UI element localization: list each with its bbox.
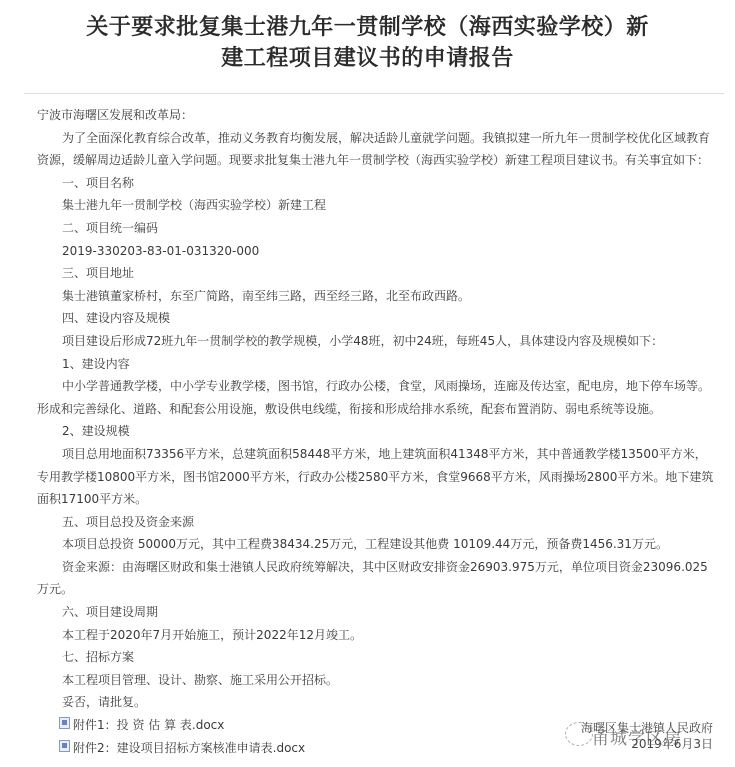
document-body: 宁波市海曙区发展和改革局： 为了全面深化教育综合改革，推动义务教育均衡发展，解决… — [37, 104, 717, 759]
construction-content: 中小学普通教学楼，中小学专业教学楼，图书馆，行政办公楼，食堂，风雨操场，连廊及传… — [37, 375, 717, 420]
project-address: 集士港镇董家桥村，东至广简路，南至纬三路，西至经三路，北至布政西路。 — [37, 285, 717, 308]
word-doc-icon — [59, 740, 70, 752]
attachment-1-label[interactable]: 附件1：投 资 估 算 表.docx — [73, 714, 224, 737]
section-7-heading: 七、招标方案 — [37, 646, 717, 669]
section-4-2-heading: 2、建设规模 — [37, 420, 717, 443]
section-4-heading: 四、建设内容及规模 — [37, 307, 717, 330]
addressee: 宁波市海曙区发展和改革局： — [37, 104, 717, 127]
section-1-heading: 一、项目名称 — [37, 172, 717, 195]
total-investment: 本项目总投资 50000万元，其中工程费38434.25万元，工程建设其他费 1… — [37, 533, 717, 556]
closing-remark: 妥否，请批复。 — [37, 691, 717, 714]
section-5-heading: 五、项目总投及资金来源 — [37, 511, 717, 534]
project-code: 2019-330203-83-01-031320-000 — [37, 240, 717, 263]
section-4-1-heading: 1、建设内容 — [37, 353, 717, 376]
title-divider — [24, 93, 724, 94]
construction-scale: 项目总用地面积73356平方米，总建筑面积58448平方米，地上建筑面积4134… — [37, 443, 717, 511]
section-2-heading: 二、项目统一编码 — [37, 217, 717, 240]
title-line-2: 建工程项目建议书的申请报告 — [0, 43, 735, 74]
title-line-1: 关于要求批复集士港九年一贯制学校（海西实验学校）新 — [0, 12, 735, 43]
section-3-heading: 三、项目地址 — [37, 262, 717, 285]
attachment-2-label[interactable]: 附件2：建设项目招标方案核准申请表.docx — [73, 737, 305, 760]
document-title: 关于要求批复集士港九年一贯制学校（海西实验学校）新 建工程项目建议书的申请报告 — [0, 12, 735, 74]
construction-scale-summary: 项目建设后形成72班九年一贯制学校的教学规模，小学48班，初中24班，每班45人… — [37, 330, 717, 353]
intro-paragraph: 为了全面深化教育综合改革，推动义务教育均衡发展，解决适龄儿童就学问题。我镇拟建一… — [37, 127, 717, 172]
section-6-heading: 六、项目建设周期 — [37, 601, 717, 624]
tender-plan: 本工程项目管理、设计、勘察、施工采用公开招标。 — [37, 669, 717, 692]
construction-period: 本工程于2020年7月开始施工，预计2022年12月竣工。 — [37, 624, 717, 647]
funding-source: 资金来源：由海曙区财政和集士港镇人民政府统筹解决，其中区财政安排资金26903.… — [37, 556, 717, 601]
word-doc-icon — [59, 717, 70, 729]
watermark-logo-icon — [565, 722, 593, 746]
watermark: 甬城学区房 — [592, 724, 682, 749]
project-name: 集士港九年一贯制学校（海西实验学校）新建工程 — [37, 194, 717, 217]
